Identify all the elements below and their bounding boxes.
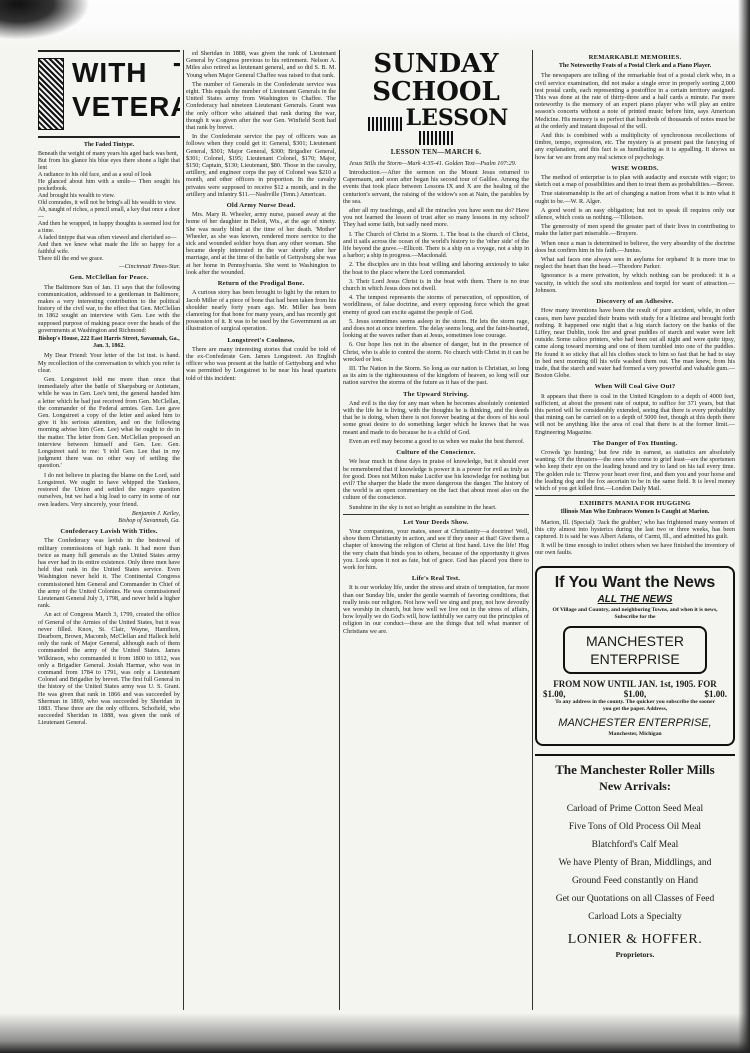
column-veterans: WITH THE VETERANS The Faded Tintype. Ben… [38,50,180,1010]
article-body: Your companions, your mates, sneer at Ch… [343,528,529,571]
subscription-ad: If You Want the News ALL THE NEWS Of Vil… [535,566,735,746]
article-body: Mrs. Mary R. Wheeler, army nurse, passed… [186,211,336,276]
letter-paragraph: I do not believe in placing the blame on… [38,472,180,508]
article-body: How many inventions have been the result… [535,307,735,379]
column-rule [339,50,340,1010]
golden-text: Jesus Stills the Storm—Mark 4:35-41. Gol… [343,160,529,167]
poem-line: But from his glance his blue eyes there … [38,158,180,172]
lesson-section: III. The Nation in the Storm. So long as… [343,365,529,387]
article-title: When Will Coal Give Out? [535,383,735,390]
newspaper-page: WITH THE VETERANS The Faded Tintype. Ben… [0,0,750,1053]
ad-item: Get our Quotations on all Classes of Fee… [535,890,735,908]
article-body: The Baltimore Sun of Jan. 11 says that t… [38,284,180,334]
ad-line: you get the paper. Address, [543,706,727,713]
wise-word: Ignorance is a mere privation, by which … [535,272,735,294]
article-title: Culture of the Conscience. [343,449,529,456]
wise-words-list: The method of enterprise is to plan with… [535,174,735,294]
article-title: The Upward Striving. [343,391,529,398]
ad-proprietors: Proprietors. [535,950,735,959]
paper-name-line: MANCHESTER [569,632,701,650]
ad-subtitle: New Arrivals: [535,778,735,794]
article-title: WISE WORDS. [535,165,735,172]
article-note: Sunshine in the sky is not so bright as … [343,504,529,511]
price: $1.00, [543,689,566,699]
article-title: Return of the Prodigal Bone. [186,280,336,287]
article-title: Confederacy Lavish With Titles. [38,528,180,535]
column-rule [532,50,533,1010]
lesson-section: 5. Jesus sometimes seems asleep in the s… [343,318,529,340]
ad-line: Subscribe for the [543,614,727,621]
poem-line: There till the end we grace. [38,256,180,263]
scan-right-edge [738,0,750,1053]
sunday-school-title: SUNDAY SCHOOL [343,50,529,106]
veterans-title: WITH THE VETERANS [72,56,180,124]
divider [535,495,735,496]
wise-word: When once a man is determined to believe… [535,240,735,254]
article-body: It appears that there is coal in the Uni… [535,393,735,436]
letter-head: Bishop's House, 222 East Harris Street, … [38,336,180,350]
lesson-section: 6. Our hope lies not in the absence of d… [343,341,529,363]
open-bible-icon [368,117,402,131]
ad-item: Ground Feed constantly on Hand [535,872,735,890]
article-body: The Confederacy was lavish in the bestow… [38,537,180,609]
price: $1.00, [624,689,647,699]
poem-line: And then we knew what made the life so h… [38,242,180,256]
lesson-body: after all my teachings, and all the mira… [343,207,529,229]
article-body: The newspapers are telling of the remark… [535,72,735,130]
veterans-masthead: WITH THE VETERANS [38,50,180,138]
poem-line: And then he wrapped, in happy thoughts i… [38,221,180,235]
ad-title: The Manchester Roller Mills [535,762,735,778]
letter-paragraph: My Dear Friend: Your letter of the 1st i… [38,352,180,374]
lesson-label: LESSON TEN—MARCH 6. [343,149,529,156]
lesson-intro: Introduction.—After the sermon on the Mo… [343,169,529,205]
letter-paragraph: Gen. Longstreet told me more than once t… [38,376,180,470]
lesson-section: 4. The tempest represents the storms of … [343,294,529,316]
ad-item: We have Plenty of Bran, Middlings, and [535,854,735,872]
letter-body: My Dear Friend: Your letter of the 1st i… [38,352,180,507]
article-body: ed Sheridan in 1888, was given the rank … [186,50,336,79]
article-body: We hear much in these days in praise of … [343,458,529,501]
ad-item: Five Tons of Old Process Oil Meal [535,818,735,836]
poem-lines: Beneath the weight of many years his age… [38,151,180,263]
ornament-left-icon [38,58,64,130]
wise-word: A good word is an easy obligation; but n… [535,207,735,221]
article-title: EXHIBITS MANIA FOR HUGGING [535,500,735,507]
divider [343,514,529,515]
wise-word: The generosity of men spend the greater … [535,223,735,237]
ad-line: Of Village and Country, and neighboring … [543,607,727,614]
wise-word: The method of enterprise is to plan with… [535,174,735,188]
ad-prices: $1.00, $1.00, $1.00. [543,689,727,699]
wise-word: True statesmanship is the art of changin… [535,190,735,204]
article-body: A curious story has been brought to ligh… [186,289,336,332]
price: $1.00. [705,689,728,699]
poem-line: Ah, naught of riches, a pencil small, a … [38,207,180,221]
column-sunday-school: SUNDAY SCHOOL LESSON LESSON TEN—MARCH 6.… [343,50,529,1010]
article-body: Crowds 'go hunting,' but few ride in ear… [535,449,735,492]
ad-item: Carload Lots a Specialty [535,908,735,926]
column-rule [183,50,184,1010]
paper-name-line: ENTERPRISE [569,650,701,668]
article-subtitle: The Noteworthy Feats of a Postal Clerk a… [535,63,735,70]
article-title: Longstreet's Coolness. [186,337,336,344]
ad-headline: If You Want the News [543,574,727,592]
lesson-sections: I. The Church of Christ in a Storm. 1. T… [343,231,529,387]
ad-item: Blatchford's Calf Meal [535,836,735,854]
article-body: The number of Generals in the Confederat… [186,81,336,131]
scan-bottom-edge [0,1013,750,1053]
ad-address-name: MANCHESTER ENTERPRISE, [543,717,727,729]
ad-firm: LONIER & HOFFER. [535,930,735,950]
ad-enterprise: If You Want the News ALL THE NEWS Of Vil… [535,560,735,959]
poem-line: And brought his wealth to view. [38,193,180,200]
letter-signature-title: Bishop of Savannah, Ga. [38,517,180,524]
article-title: Let Your Deeds Show. [343,519,529,526]
poem-source: —Cincinnati Times-Star. [38,263,180,270]
ad-items: Carload of Prime Cotton Seed MealFive To… [535,800,735,926]
article-body: There are many interesting stories that … [186,346,336,382]
article-subtitle: Illinois Man Who Embraces Women Is Caugh… [535,509,735,516]
article-title: Old Army Nurse Dead. [186,202,336,209]
ad-line: To any address in the county. The quicke… [543,699,727,706]
letter-signature: Benjamin J. Keiley, [38,510,180,517]
sunday-school-masthead: SUNDAY SCHOOL LESSON LESSON TEN—MARCH 6. [343,50,529,156]
open-bible-icon [419,131,453,145]
lesson-section: 3. Their Lord Jesus Christ is in the boa… [343,278,529,292]
article-note: Even an evil may become a good to us whe… [343,438,529,445]
article-note: It will be time enough to indict others … [535,542,735,556]
article-title: Life's Real Test. [343,575,529,582]
ad-address-place: Manchester, Michigan [543,731,727,738]
article-body: An act of Congress March 3, 1799, create… [38,611,180,726]
scan-top-edge [0,0,750,48]
wise-word: What sad faces one always sees in asylum… [535,256,735,270]
article-title: Gen. McClellan for Peace. [38,274,180,281]
poem-line: A radiance to his old face, and as a sou… [38,172,180,179]
paper-name-box: MANCHESTER ENTERPRISE [563,626,707,674]
article-body: And evil is the day for any man when he … [343,400,529,436]
lesson-section: I. The Church of Christ in a Storm. 1. T… [343,231,529,260]
article-title: REMARKABLE MEMORIES. [535,54,735,61]
ad-offer: FROM NOW UNTIL JAN. 1st, 1905. FOR [543,679,727,689]
article-body: And this is combined with a multiplicity… [535,132,735,161]
lesson-title: LESSON [406,105,509,131]
article-title: Discovery of an Adhesive. [535,298,735,305]
ad-subhead: ALL THE NEWS [543,594,727,605]
article-body: In the Confederate service the pay of of… [186,133,336,198]
article-body: It is our workday life, under the stress… [343,584,529,634]
lesson-section: 2. The disciples are in this boat willin… [343,261,529,275]
poem-title: The Faded Tintype. [38,142,180,149]
column-two: ed Sheridan in 1888, was given the rank … [186,50,336,1010]
article-body: Marion, Ill. (Special): 'Jack the grabbe… [535,519,735,541]
ad-item: Carload of Prime Cotton Seed Meal [535,800,735,818]
article-title: The Danger of Fox Hunting. [535,440,735,447]
roller-mills-ad: The Manchester Roller Mills New Arrivals… [535,754,735,959]
poem-line: He glanced about him with a smile— Then … [38,179,180,193]
